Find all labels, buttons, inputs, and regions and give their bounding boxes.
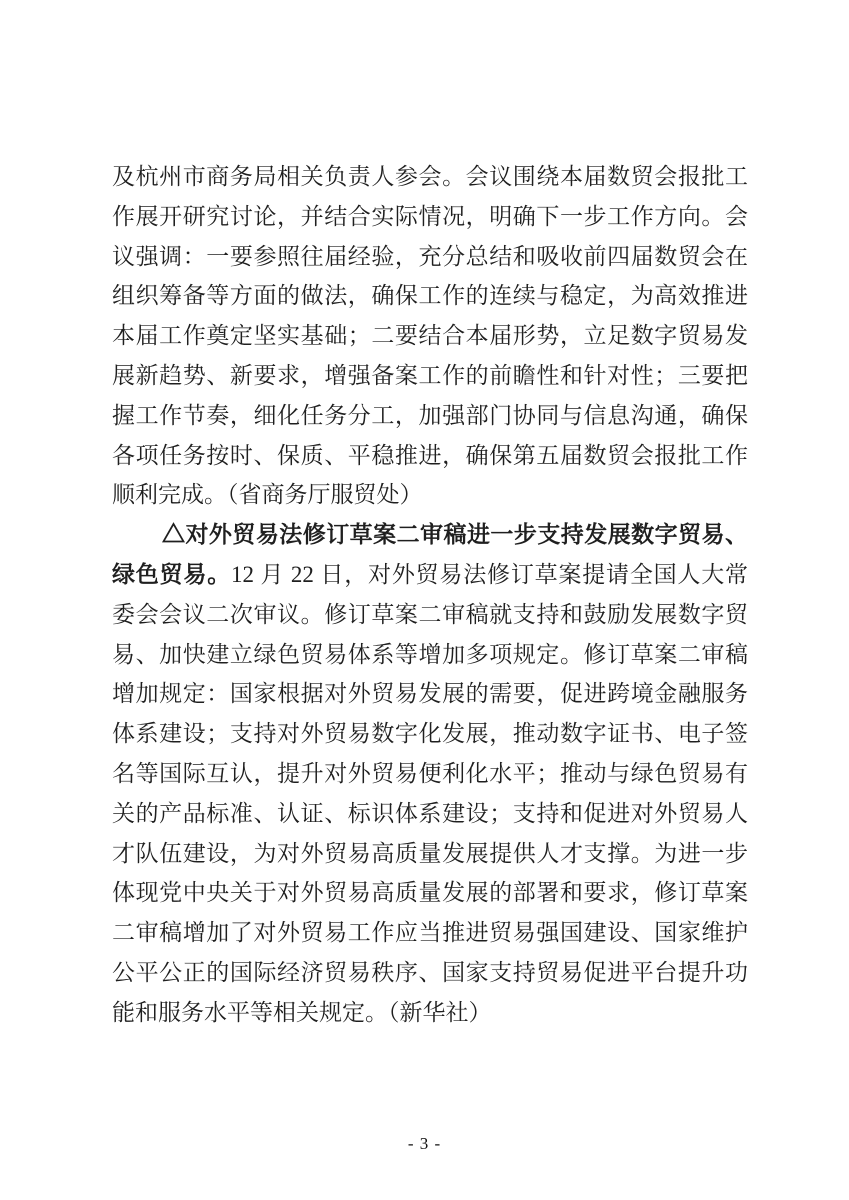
text-segment: 才队伍建设，为对外贸易高质量发展提供人才支撑。为进一步: [112, 841, 748, 866]
text-segment: 易、加快建立绿色贸易体系等增加多项规定。修订草案二审稿: [112, 642, 748, 667]
text-line: 议强调：一要参照往届经验，充分总结和吸收前四届数贸会在: [112, 237, 748, 277]
text-segment: 12 月 22 日，对外贸易法修订草案提请全国人大常: [231, 562, 748, 587]
document-body: 及杭州市商务局相关负责人参会。会议围绕本届数贸会报批工 作展开研究讨论，并结合实…: [112, 157, 748, 1033]
text-line: 公平公正的国际经济贸易秩序、国家支持贸易促进平台提升功: [112, 953, 748, 993]
text-segment: 作展开研究讨论，并结合实际情况，明确下一步工作方向。会: [112, 204, 748, 229]
page-number: - 3 -: [0, 1134, 849, 1154]
document-page: 及杭州市商务局相关负责人参会。会议围绕本届数贸会报批工 作展开研究讨论，并结合实…: [0, 0, 849, 1200]
text-segment: 关的产品标准、认证、标识体系建设；支持和促进对外贸易人: [112, 801, 748, 826]
text-segment: 能和服务水平等相关规定。（新华社）: [112, 1000, 492, 1025]
text-segment: 体现党中央关于对外贸易高质量发展的部署和要求，修订草案: [112, 880, 748, 905]
text-segment: 本届工作奠定坚实基础；二要结合本届形势，立足数字贸易发: [112, 323, 748, 348]
text-line: 顺利完成。（省商务厅服贸处）: [112, 475, 748, 515]
paragraph-foreign-trade-law: △对外贸易法修订草案二审稿进一步支持发展数字贸易、 绿色贸易。12 月 22 日…: [112, 515, 748, 1032]
text-line: 二审稿增加了对外贸易工作应当推进贸易强国建设、国家维护: [112, 913, 748, 953]
text-segment: 二审稿增加了对外贸易工作应当推进贸易强国建设、国家维护: [112, 920, 748, 945]
bold-segment: 绿色贸易。: [112, 562, 231, 587]
text-line: 体现党中央关于对外贸易高质量发展的部署和要求，修订草案: [112, 873, 748, 913]
text-line: 才队伍建设，为对外贸易高质量发展提供人才支撑。为进一步: [112, 834, 748, 874]
text-line: 能和服务水平等相关规定。（新华社）: [112, 993, 748, 1033]
text-segment: 公平公正的国际经济贸易秩序、国家支持贸易促进平台提升功: [112, 960, 748, 985]
text-line: 增加规定：国家根据对外贸易发展的需要，促进跨境金融服务: [112, 674, 748, 714]
text-line: 组织筹备等方面的做法，确保工作的连续与稳定，为高效推进: [112, 276, 748, 316]
text-segment: 及杭州市商务局相关负责人参会。会议围绕本届数贸会报批工: [112, 164, 748, 189]
text-line: 委会会议二次审议。修订草案二审稿就支持和鼓励发展数字贸: [112, 595, 748, 635]
text-line: 易、加快建立绿色贸易体系等增加多项规定。修订草案二审稿: [112, 635, 748, 675]
text-segment: 名等国际互认，提升对外贸易便利化水平；推动与绿色贸易有: [112, 761, 748, 786]
text-line: 绿色贸易。12 月 22 日，对外贸易法修订草案提请全国人大常: [112, 555, 748, 595]
text-segment: 组织筹备等方面的做法，确保工作的连续与稳定，为高效推进: [112, 283, 748, 308]
text-segment: 各项任务按时、保质、平稳推进，确保第五届数贸会报批工作: [112, 443, 748, 468]
text-line: 各项任务按时、保质、平稳推进，确保第五届数贸会报批工作: [112, 436, 748, 476]
text-segment: 议强调：一要参照往届经验，充分总结和吸收前四届数贸会在: [112, 244, 748, 269]
text-segment: 展新趋势、新要求，增强备案工作的前瞻性和针对性；三要把: [112, 363, 748, 388]
text-line: 展新趋势、新要求，增强备案工作的前瞻性和针对性；三要把: [112, 356, 748, 396]
text-line: 及杭州市商务局相关负责人参会。会议围绕本届数贸会报批工: [112, 157, 748, 197]
text-segment: 握工作节奏，细化任务分工，加强部门协同与信息沟通，确保: [112, 403, 748, 428]
text-segment: 顺利完成。（省商务厅服贸处）: [112, 482, 423, 507]
text-line: 体系建设；支持对外贸易数字化发展，推动数字证书、电子签: [112, 714, 748, 754]
text-line: 名等国际互认，提升对外贸易便利化水平；推动与绿色贸易有: [112, 754, 748, 794]
paragraph-heading-line: △对外贸易法修订草案二审稿进一步支持发展数字贸易、: [112, 515, 748, 555]
text-segment: 委会会议二次审议。修订草案二审稿就支持和鼓励发展数字贸: [112, 602, 748, 627]
text-line: 握工作节奏，细化任务分工，加强部门协同与信息沟通，确保: [112, 396, 748, 436]
bold-segment: △对外贸易法修订草案二审稿进一步支持发展数字贸易、: [162, 522, 748, 547]
paragraph-meeting-report: 及杭州市商务局相关负责人参会。会议围绕本届数贸会报批工 作展开研究讨论，并结合实…: [112, 157, 748, 515]
text-line: 本届工作奠定坚实基础；二要结合本届形势，立足数字贸易发: [112, 316, 748, 356]
text-segment: 体系建设；支持对外贸易数字化发展，推动数字证书、电子签: [112, 721, 748, 746]
text-line: 关的产品标准、认证、标识体系建设；支持和促进对外贸易人: [112, 794, 748, 834]
text-line: 作展开研究讨论，并结合实际情况，明确下一步工作方向。会: [112, 197, 748, 237]
text-segment: 增加规定：国家根据对外贸易发展的需要，促进跨境金融服务: [112, 681, 748, 706]
